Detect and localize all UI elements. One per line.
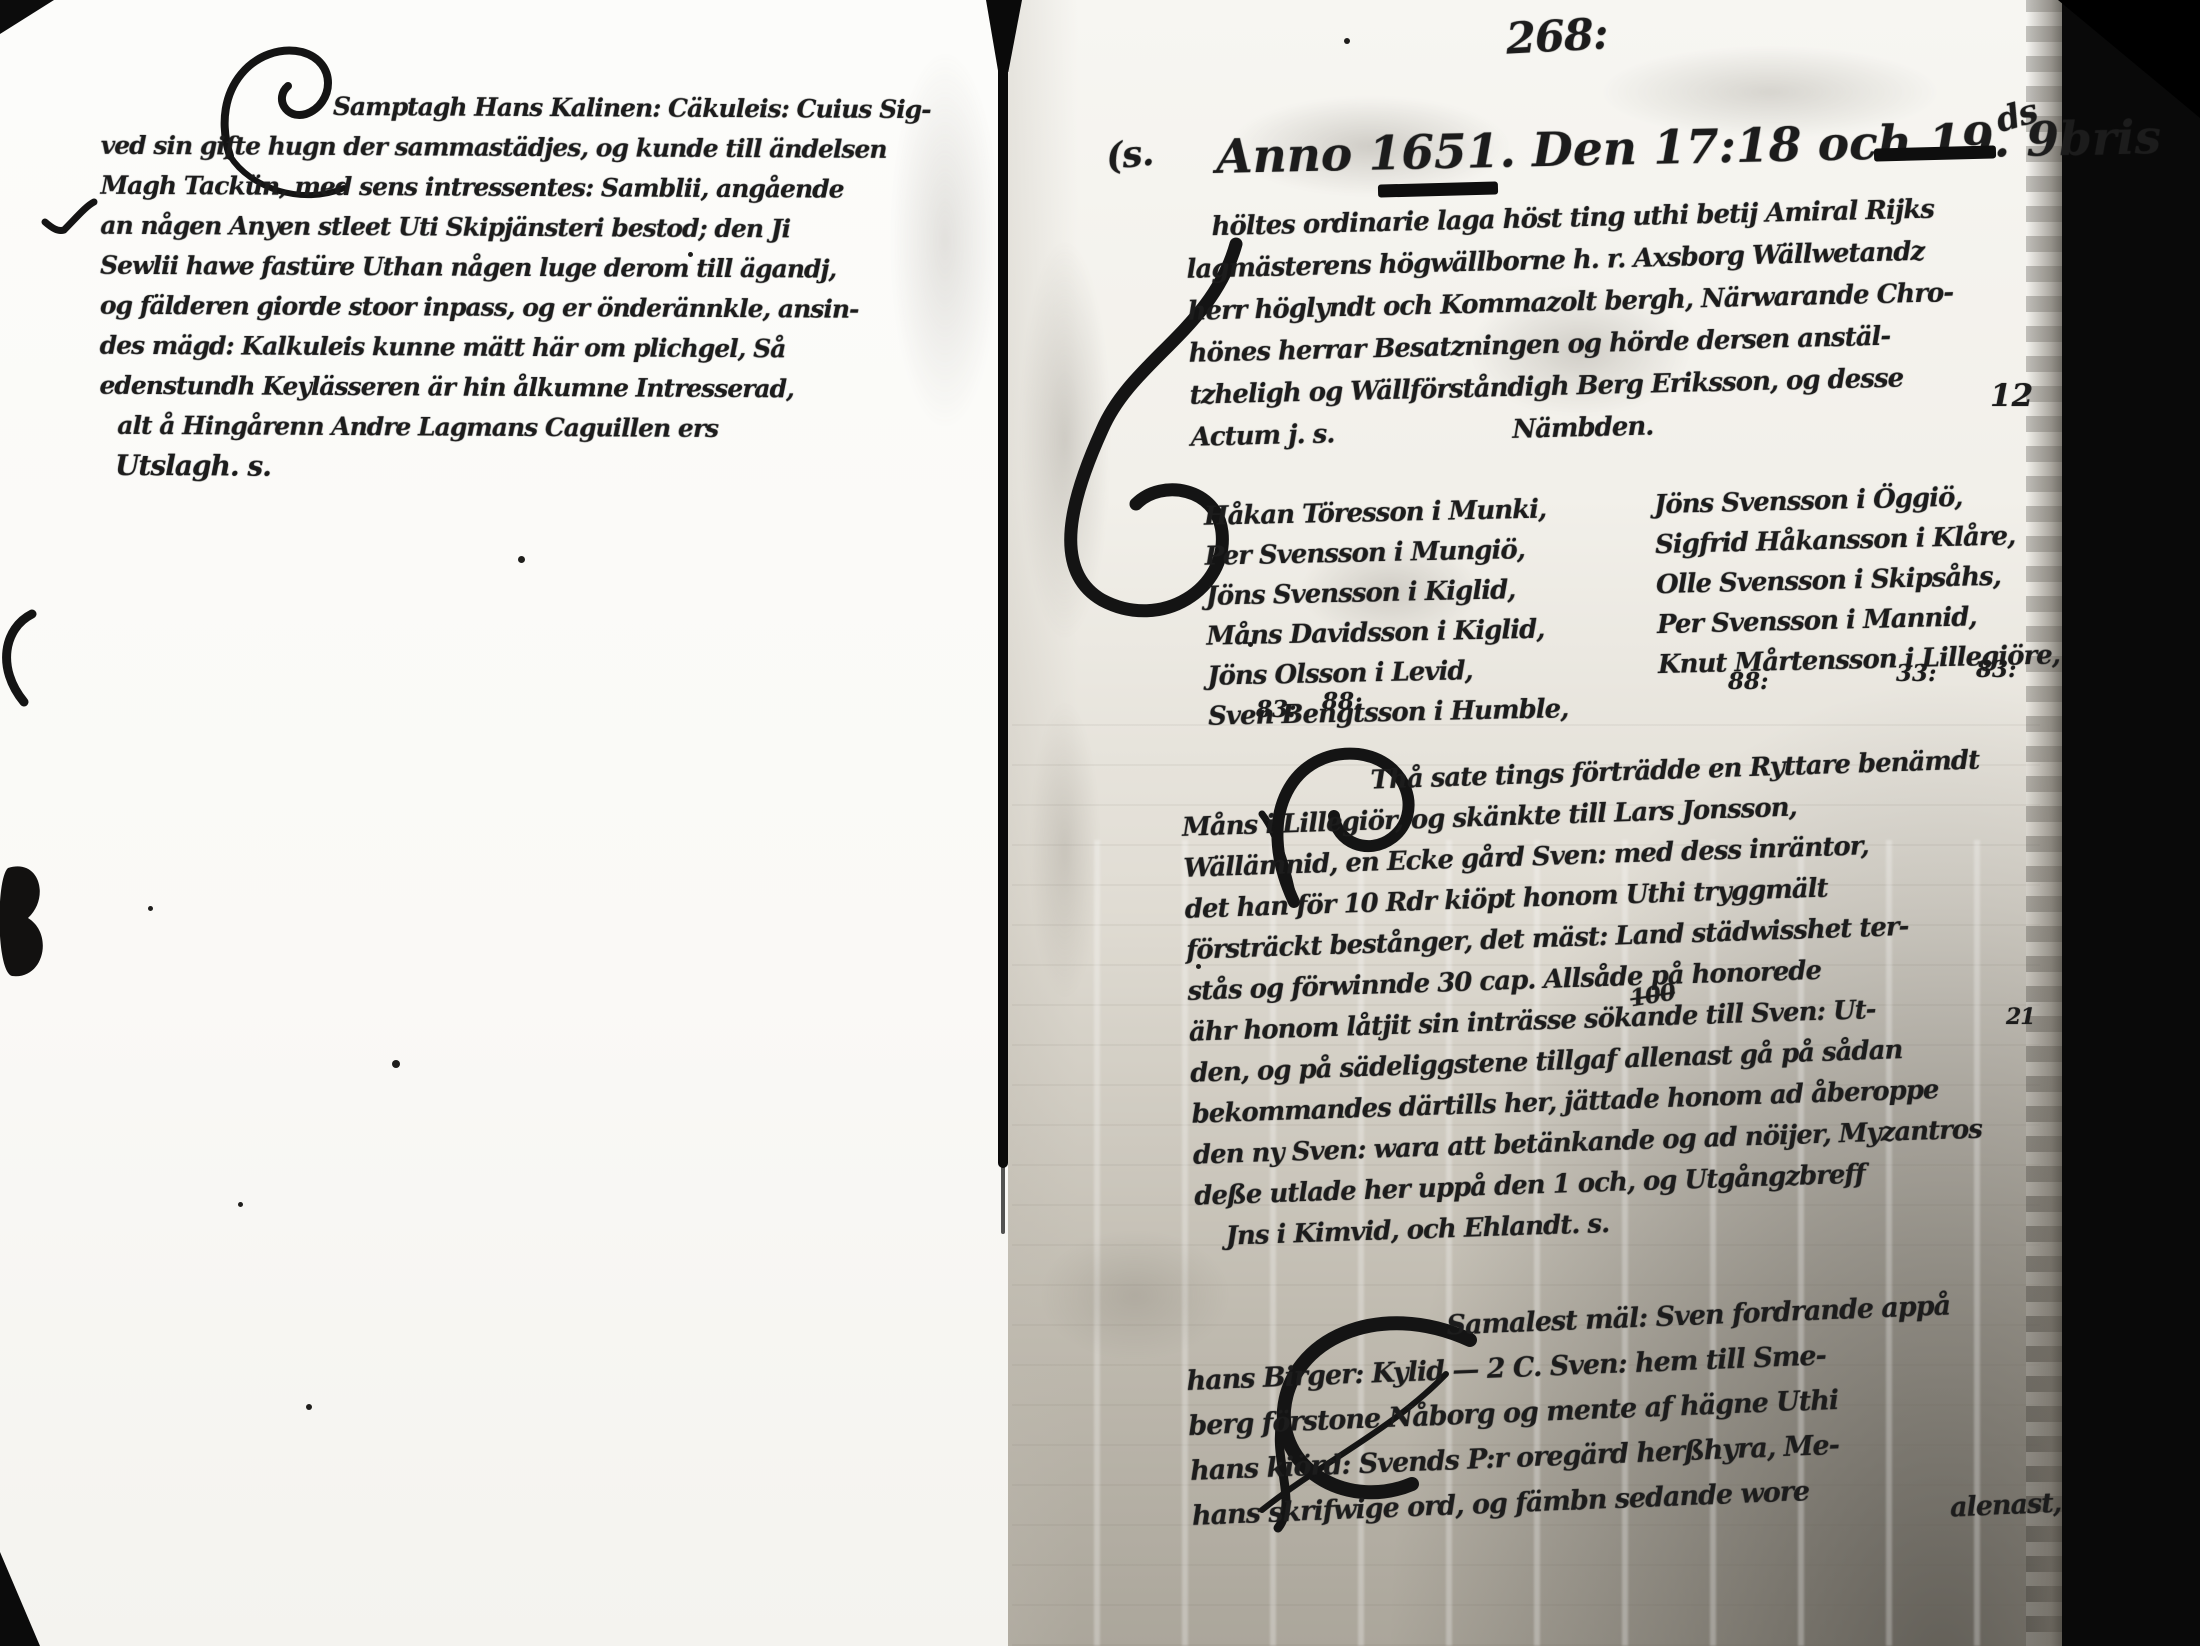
- closing-formula: Actum j. s.: [1190, 413, 1335, 458]
- intro-paragraph: höltes ordinarie laga höst ting uthi bet…: [1185, 185, 2075, 459]
- scan-corner-top-left: [0, 0, 54, 34]
- binding-fold-line: [998, 0, 1008, 1168]
- tally-mark: 83:: [1256, 696, 1297, 723]
- jury-heading: Nämbden.: [1512, 405, 1654, 450]
- scan-corner-bottom-left: [0, 1552, 40, 1646]
- manuscript-line: alt å Hingårenn Andre Lagmans Caguillen …: [99, 406, 959, 451]
- manuscript-line: Magh Tackün, med sens intressentes: Samb…: [100, 166, 960, 211]
- manuscript-line: an någen Anyen stleet Uti Skipjänsteri b…: [100, 206, 960, 251]
- ink-speck: [306, 1404, 312, 1410]
- ink-speck: [1344, 38, 1350, 44]
- tally-mark: 88:: [1322, 688, 1363, 715]
- gutter-smudge: [1030, 700, 1100, 1000]
- manuscript-line: og fälderen giorde stoor inpass, og er ö…: [100, 286, 960, 331]
- manuscript-line: Utslagh. s.: [99, 446, 959, 491]
- manuscript-line: Sewlii hawe fastüre Uthan någen luge der…: [100, 246, 960, 291]
- binding-fold-tail: [1001, 1160, 1005, 1234]
- manuscript-scan: Samptagh Hans Kalinen: Cäkuleis: Cuius S…: [0, 0, 2200, 1646]
- manuscript-line: Samptagh Hans Kalinen: Cäkuleis: Cuius S…: [101, 86, 961, 131]
- ink-speck: [238, 1202, 243, 1207]
- edge-ink-mark: [0, 606, 38, 710]
- ink-speck: [518, 556, 525, 563]
- scan-background-black: [2062, 0, 2200, 1646]
- left-page-paragraph: Samptagh Hans Kalinen: Cäkuleis: Cuius S…: [99, 86, 961, 490]
- edge-ink-blob: [0, 850, 54, 992]
- catchword: alenast,: [1949, 1488, 2061, 1524]
- pre-heading-mark: (s.: [1104, 132, 1155, 179]
- ink-speck: [148, 906, 153, 911]
- tally-mark: 88:: [1728, 668, 1769, 695]
- margin-number: 21: [2006, 1004, 2035, 1030]
- margin-check-icon: [42, 196, 98, 240]
- tally-mark: 83:: [1976, 656, 2017, 683]
- manuscript-line: edenstundh Keylässeren är hin ålkumne In…: [99, 366, 959, 411]
- manuscript-line: ved sin gifte hugn der sammastädjes, og …: [101, 126, 961, 171]
- page-number: 268:: [1505, 9, 1609, 64]
- jury-count-number: 12: [1990, 378, 2033, 414]
- jury-list-right-column: Jöns Svensson i Öggiö, Sigfrid Håkansson…: [1654, 475, 2079, 685]
- ink-speck: [392, 1060, 400, 1068]
- tally-mark: 33:: [1896, 660, 1937, 687]
- manuscript-line: des mägd: Kalkuleis kunne mätt här om pl…: [100, 326, 960, 371]
